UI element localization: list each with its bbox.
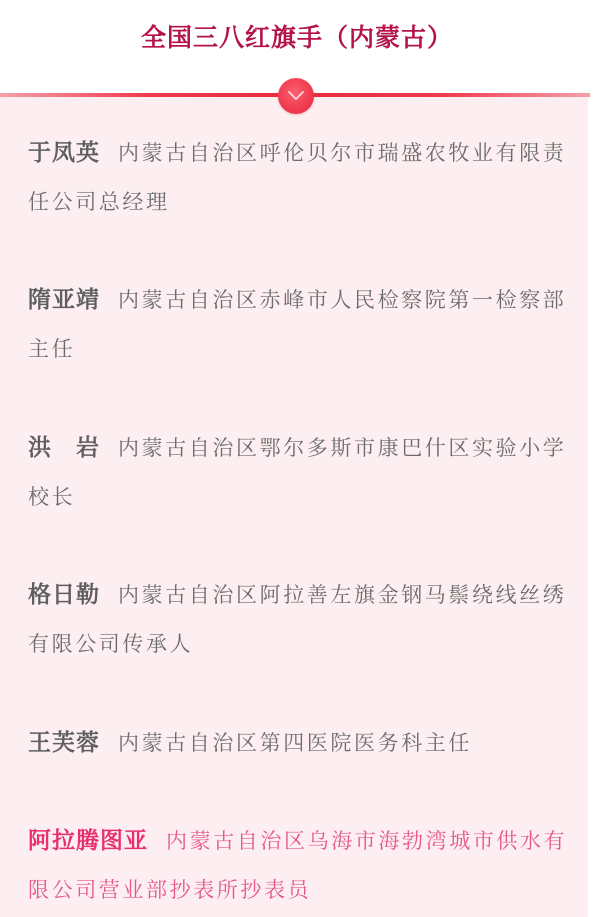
list-item: 隋亚靖内蒙古自治区赤峰市人民检察院第一检察部主任	[28, 276, 568, 374]
honoree-description: 内蒙古自治区鄂尔多斯市康巴什区实验小学校长	[28, 436, 566, 509]
page-edge	[588, 97, 594, 917]
honoree-list: 于凤英内蒙古自治区呼伦贝尔市瑞盛农牧业有限责任公司总经理 隋亚靖内蒙古自治区赤峰…	[0, 97, 588, 917]
honoree-name: 洪 岩	[28, 435, 100, 461]
list-item: 王芙蓉内蒙古自治区第四医院医务科主任	[28, 719, 568, 768]
list-item: 阿拉腾图亚内蒙古自治区乌海市海勃湾城市供水有限公司营业部抄表所抄表员	[28, 817, 568, 915]
page: 全国三八红旗手（内蒙古） 于凤英内蒙古自治区呼伦贝尔市瑞盛农牧业有限责任公司总经…	[0, 0, 594, 917]
expand-button[interactable]	[278, 78, 314, 114]
honoree-description: 内蒙古自治区呼伦贝尔市瑞盛农牧业有限责任公司总经理	[28, 141, 566, 214]
honoree-name: 王芙蓉	[28, 730, 100, 756]
list-item: 于凤英内蒙古自治区呼伦贝尔市瑞盛农牧业有限责任公司总经理	[28, 129, 568, 227]
honoree-name: 格日勒	[28, 582, 100, 608]
honoree-name: 隋亚靖	[28, 287, 100, 313]
honoree-description: 内蒙古自治区第四医院医务科主任	[118, 731, 472, 755]
honoree-name: 阿拉腾图亚	[28, 828, 148, 854]
list-item: 洪 岩内蒙古自治区鄂尔多斯市康巴什区实验小学校长	[28, 424, 568, 522]
honoree-name: 于凤英	[28, 140, 100, 166]
honoree-description: 内蒙古自治区赤峰市人民检察院第一检察部主任	[28, 288, 566, 361]
honoree-description: 内蒙古自治区阿拉善左旗金钢马鬃绕线丝绣有限公司传承人	[28, 583, 566, 656]
page-title: 全国三八红旗手（内蒙古）	[0, 18, 594, 54]
list-item: 格日勒内蒙古自治区阿拉善左旗金钢马鬃绕线丝绣有限公司传承人	[28, 571, 568, 669]
